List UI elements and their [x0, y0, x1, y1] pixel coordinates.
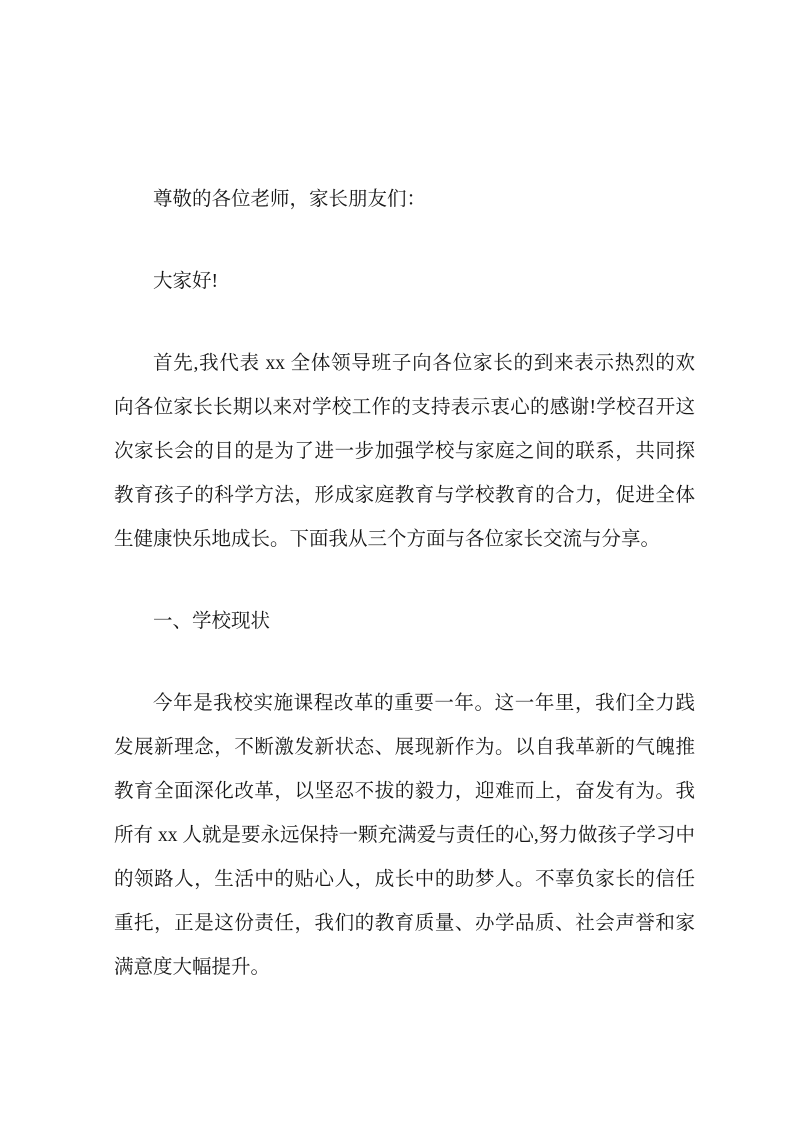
text-line: 教育全面深化改革，以坚忍不拔的毅力，迎难而上，奋发有为。我们: [114, 770, 695, 814]
text-line: 一、学校现状: [114, 600, 695, 644]
paragraph: 尊敬的各位老师，家长朋友们：: [114, 178, 695, 222]
text-line: 教育孩子的科学方法，形成家庭教育与学校教育的合力，促进全体学: [114, 474, 695, 518]
text-line: 发展新理念，不断激发新状态、展现新作为。以自我革新的气魄推进: [114, 726, 695, 770]
text-line: 所有 xx 人就是要永远保持一颗充满爱与责任的心,努力做孩子学习中: [114, 814, 695, 858]
section-heading: 一、学校现状: [114, 600, 695, 644]
text-line: 向各位家长长期以来对学校工作的支持表示衷心的感谢!学校召开这: [114, 386, 695, 430]
text-line: 首先,我代表 xx 全体领导班子向各位家长的到来表示热烈的欢迎!: [114, 342, 695, 386]
document-body: 尊敬的各位老师，家长朋友们：大家好!首先,我代表 xx 全体领导班子向各位家长的…: [114, 178, 695, 1028]
document-page: 尊敬的各位老师，家长朋友们：大家好!首先,我代表 xx 全体领导班子向各位家长的…: [0, 0, 793, 1122]
text-line: 生健康快乐地成长。下面我从三个方面与各位家长交流与分享。: [114, 518, 695, 562]
paragraph: 今年是我校实施课程改革的重要一年。这一年里，我们全力践行发展新理念，不断激发新状…: [114, 682, 695, 990]
paragraph: 大家好!: [114, 260, 695, 304]
text-line: 大家好!: [114, 260, 695, 304]
text-line: 次家长会的目的是为了进一步加强学校与家庭之间的联系，共同探讨: [114, 430, 695, 474]
text-line: 今年是我校实施课程改革的重要一年。这一年里，我们全力践行: [114, 682, 695, 726]
text-line: 满意度大幅提升。: [114, 946, 695, 990]
text-line: 的领路人，生活中的贴心人，成长中的助梦人。不辜负家长的信任和: [114, 858, 695, 902]
paragraph: 首先,我代表 xx 全体领导班子向各位家长的到来表示热烈的欢迎!向各位家长长期以…: [114, 342, 695, 562]
text-line: 重托，正是这份责任，我们的教育质量、办学品质、社会声誉和家长: [114, 902, 695, 946]
text-line: 尊敬的各位老师，家长朋友们：: [114, 178, 695, 222]
